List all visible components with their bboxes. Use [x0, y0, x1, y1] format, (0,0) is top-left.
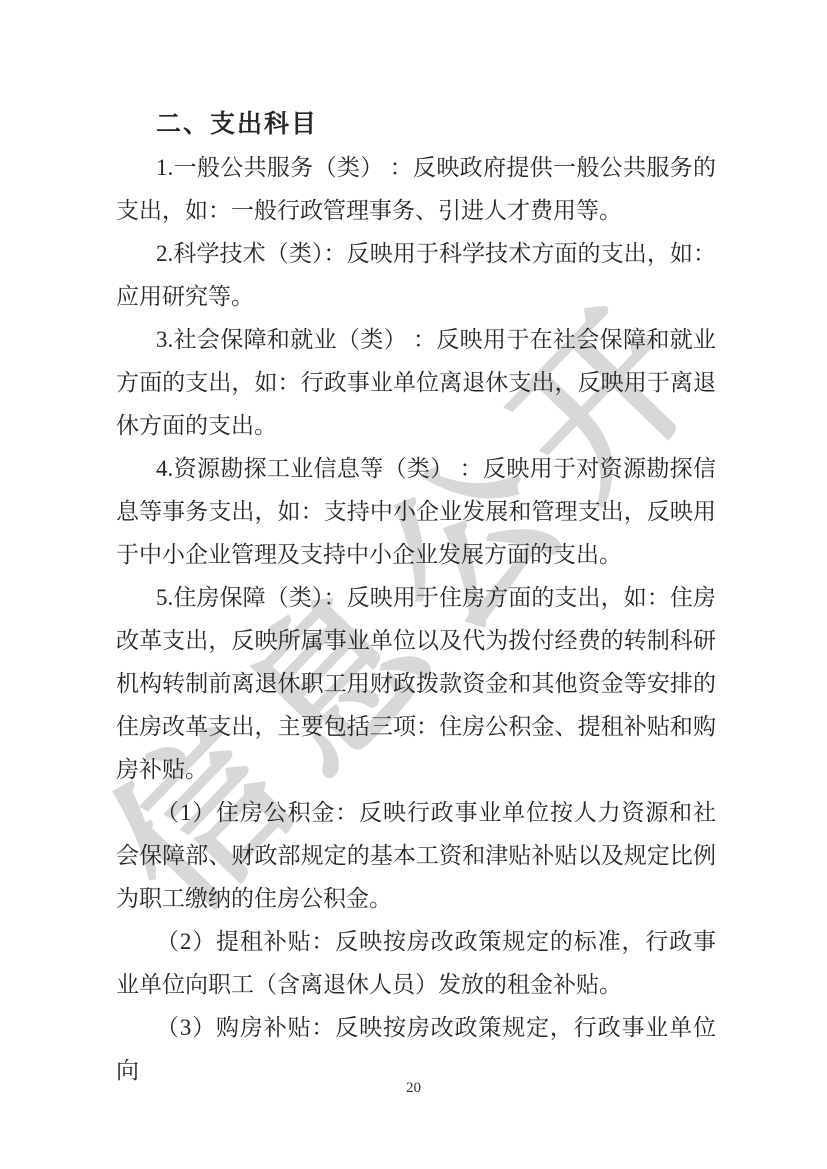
document-page: 信息公开 二、支出科目 1.一般公共服务（类） ：反映政府提供一般公共服务的支出… [0, 0, 827, 1169]
paragraph-resource-exploration-industry-info: 4.资源勘探工业信息等（类） ：反映用于对资源勘探信息等事务支出，如：支持中小企… [116, 447, 716, 576]
section-heading: 二、支出科目 [116, 103, 716, 146]
document-content: 二、支出科目 1.一般公共服务（类） ：反映政府提供一般公共服务的支出，如：一般… [116, 103, 716, 1092]
paragraph-social-security-employment: 3.社会保障和就业（类） ：反映用于在社会保障和就业方面的支出，如：行政事业单位… [116, 318, 716, 447]
paragraph-general-public-services: 1.一般公共服务（类） ：反映政府提供一般公共服务的支出，如：一般行政管理事务、… [116, 146, 716, 232]
paragraph-rent-raising-subsidy: （2）提租补贴：反映按房改政策规定的标准，行政事业单位向职工（含离退休人员）发放… [116, 920, 716, 1006]
page-number: 20 [0, 1078, 827, 1098]
paragraph-housing-security: 5.住房保障（类）：反映用于住房方面的支出，如：住房改革支出，反映所属事业单位以… [116, 576, 716, 791]
paragraph-science-technology: 2.科学技术（类）：反映用于科学技术方面的支出，如：应用研究等。 [116, 232, 716, 318]
paragraph-housing-provident-fund: （1）住房公积金：反映行政事业单位按人力资源和社会保障部、财政部规定的基本工资和… [116, 791, 716, 920]
